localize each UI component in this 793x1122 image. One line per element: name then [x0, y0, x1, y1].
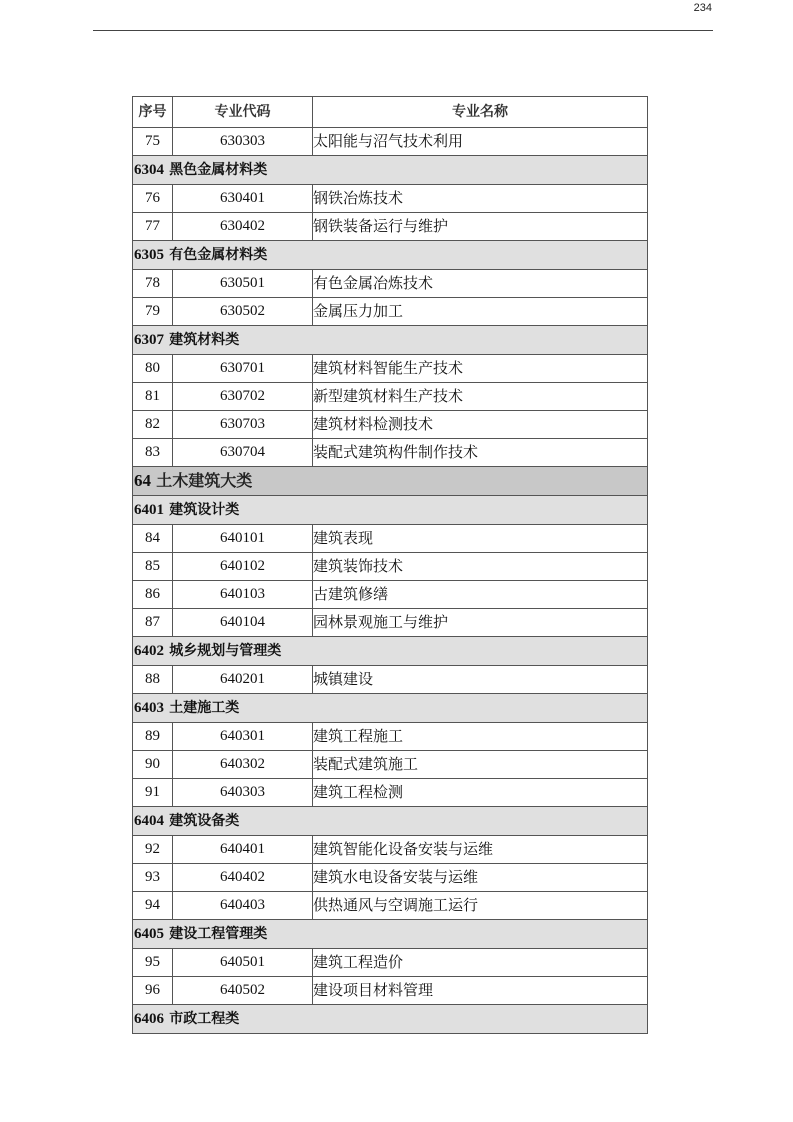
table-row: 90640302装配式建筑施工 — [133, 751, 648, 779]
row-seq: 82 — [133, 411, 173, 439]
row-seq: 96 — [133, 977, 173, 1005]
row-seq: 94 — [133, 892, 173, 920]
row-name: 建筑表现 — [313, 525, 648, 553]
row-seq: 90 — [133, 751, 173, 779]
row-code: 630402 — [173, 213, 313, 241]
row-seq: 79 — [133, 298, 173, 326]
row-code: 640201 — [173, 666, 313, 694]
category-name: 有色金属材料类 — [169, 247, 267, 263]
category-cell: 6304 黑色金属材料类 — [133, 156, 648, 185]
row-name: 金属压力加工 — [313, 298, 648, 326]
row-name: 建筑材料智能生产技术 — [313, 355, 648, 383]
table-row: 79630502金属压力加工 — [133, 298, 648, 326]
category-code: 6305 — [134, 247, 164, 263]
row-code: 640103 — [173, 581, 313, 609]
majors-table: 序号 专业代码 专业名称 75630303太阳能与沼气技术利用6304 黑色金属… — [132, 96, 648, 1034]
row-code: 630701 — [173, 355, 313, 383]
category-row: 6405 建设工程管理类 — [133, 920, 648, 949]
category-code: 6304 — [134, 162, 164, 178]
category-code: 6404 — [134, 813, 164, 829]
row-name: 建筑工程造价 — [313, 949, 648, 977]
table-row: 82630703建筑材料检测技术 — [133, 411, 648, 439]
row-seq: 91 — [133, 779, 173, 807]
row-name: 装配式建筑施工 — [313, 751, 648, 779]
row-code: 630703 — [173, 411, 313, 439]
header-code: 专业代码 — [173, 97, 313, 128]
category-cell: 6401 建筑设计类 — [133, 496, 648, 525]
row-seq: 86 — [133, 581, 173, 609]
table-row: 83630704装配式建筑构件制作技术 — [133, 439, 648, 467]
row-name: 建筑工程施工 — [313, 723, 648, 751]
category-name: 建筑设计类 — [169, 502, 239, 518]
row-code: 630502 — [173, 298, 313, 326]
table-row: 75630303太阳能与沼气技术利用 — [133, 128, 648, 156]
row-code: 630401 — [173, 185, 313, 213]
category-cell: 6404 建筑设备类 — [133, 807, 648, 836]
category-row: 6402 城乡规划与管理类 — [133, 637, 648, 666]
row-name: 城镇建设 — [313, 666, 648, 694]
row-name: 建设项目材料管理 — [313, 977, 648, 1005]
category-row: 6404 建筑设备类 — [133, 807, 648, 836]
row-seq: 92 — [133, 836, 173, 864]
row-seq: 83 — [133, 439, 173, 467]
category-cell: 6402 城乡规划与管理类 — [133, 637, 648, 666]
row-code: 640501 — [173, 949, 313, 977]
category-code: 6403 — [134, 700, 164, 716]
table-row: 92640401建筑智能化设备安装与运维 — [133, 836, 648, 864]
category-name: 黑色金属材料类 — [169, 162, 267, 178]
row-name: 建筑工程检测 — [313, 779, 648, 807]
category-cell: 6406 市政工程类 — [133, 1005, 648, 1034]
row-code: 640102 — [173, 553, 313, 581]
row-name: 建筑装饰技术 — [313, 553, 648, 581]
table-row: 86640103古建筑修缮 — [133, 581, 648, 609]
category-code: 6405 — [134, 926, 164, 942]
row-seq: 85 — [133, 553, 173, 581]
table-row: 94640403供热通风与空调施工运行 — [133, 892, 648, 920]
category-name: 建设工程管理类 — [169, 926, 267, 942]
row-code: 630704 — [173, 439, 313, 467]
row-name: 太阳能与沼气技术利用 — [313, 128, 648, 156]
row-seq: 75 — [133, 128, 173, 156]
row-code: 630501 — [173, 270, 313, 298]
category-name: 建筑材料类 — [169, 332, 239, 348]
table-row: 96640502建设项目材料管理 — [133, 977, 648, 1005]
category-name: 土建施工类 — [169, 700, 239, 716]
category-code: 6307 — [134, 332, 164, 348]
table-row: 85640102建筑装饰技术 — [133, 553, 648, 581]
category-name: 市政工程类 — [169, 1011, 239, 1027]
category-code: 64 — [134, 471, 151, 490]
header-seq: 序号 — [133, 97, 173, 128]
row-name: 建筑水电设备安装与运维 — [313, 864, 648, 892]
row-seq: 93 — [133, 864, 173, 892]
category-row: 6304 黑色金属材料类 — [133, 156, 648, 185]
row-code: 640101 — [173, 525, 313, 553]
row-code: 640301 — [173, 723, 313, 751]
table-header-row: 序号 专业代码 专业名称 — [133, 97, 648, 128]
category-code: 6402 — [134, 643, 164, 659]
header-rule — [93, 30, 713, 31]
category-code: 6406 — [134, 1011, 164, 1027]
major-category-row: 64 土木建筑大类 — [133, 467, 648, 496]
row-seq: 95 — [133, 949, 173, 977]
row-name: 园林景观施工与维护 — [313, 609, 648, 637]
row-code: 630702 — [173, 383, 313, 411]
row-name: 新型建筑材料生产技术 — [313, 383, 648, 411]
category-row: 6307 建筑材料类 — [133, 326, 648, 355]
row-code: 640502 — [173, 977, 313, 1005]
page-number: 234 — [694, 2, 712, 14]
category-name: 土木建筑大类 — [156, 471, 252, 490]
table-row: 95640501建筑工程造价 — [133, 949, 648, 977]
row-seq: 78 — [133, 270, 173, 298]
row-name: 装配式建筑构件制作技术 — [313, 439, 648, 467]
table-row: 78630501有色金属冶炼技术 — [133, 270, 648, 298]
row-code: 640303 — [173, 779, 313, 807]
table-row: 80630701建筑材料智能生产技术 — [133, 355, 648, 383]
row-name: 钢铁装备运行与维护 — [313, 213, 648, 241]
row-seq: 89 — [133, 723, 173, 751]
row-name: 供热通风与空调施工运行 — [313, 892, 648, 920]
table-row: 89640301建筑工程施工 — [133, 723, 648, 751]
category-name: 城乡规划与管理类 — [169, 643, 281, 659]
row-code: 630303 — [173, 128, 313, 156]
table-row: 81630702新型建筑材料生产技术 — [133, 383, 648, 411]
row-code: 640403 — [173, 892, 313, 920]
row-seq: 84 — [133, 525, 173, 553]
category-row: 6406 市政工程类 — [133, 1005, 648, 1034]
row-code: 640104 — [173, 609, 313, 637]
category-name: 建筑设备类 — [169, 813, 239, 829]
row-name: 有色金属冶炼技术 — [313, 270, 648, 298]
table-row: 77630402钢铁装备运行与维护 — [133, 213, 648, 241]
category-cell: 64 土木建筑大类 — [133, 467, 648, 496]
table-row: 87640104园林景观施工与维护 — [133, 609, 648, 637]
row-seq: 76 — [133, 185, 173, 213]
row-code: 640402 — [173, 864, 313, 892]
row-name: 建筑智能化设备安装与运维 — [313, 836, 648, 864]
category-row: 6305 有色金属材料类 — [133, 241, 648, 270]
category-cell: 6307 建筑材料类 — [133, 326, 648, 355]
table-row: 84640101建筑表现 — [133, 525, 648, 553]
table-row: 76630401钢铁冶炼技术 — [133, 185, 648, 213]
table-body: 75630303太阳能与沼气技术利用6304 黑色金属材料类76630401钢铁… — [133, 128, 648, 1034]
row-seq: 80 — [133, 355, 173, 383]
header-name: 专业名称 — [313, 97, 648, 128]
row-seq: 87 — [133, 609, 173, 637]
row-seq: 77 — [133, 213, 173, 241]
row-code: 640302 — [173, 751, 313, 779]
row-name: 钢铁冶炼技术 — [313, 185, 648, 213]
row-seq: 88 — [133, 666, 173, 694]
table-row: 88640201城镇建设 — [133, 666, 648, 694]
category-row: 6401 建筑设计类 — [133, 496, 648, 525]
table-row: 93640402建筑水电设备安装与运维 — [133, 864, 648, 892]
row-seq: 81 — [133, 383, 173, 411]
row-code: 640401 — [173, 836, 313, 864]
table-row: 91640303建筑工程检测 — [133, 779, 648, 807]
category-cell: 6305 有色金属材料类 — [133, 241, 648, 270]
category-cell: 6405 建设工程管理类 — [133, 920, 648, 949]
row-name: 古建筑修缮 — [313, 581, 648, 609]
row-name: 建筑材料检测技术 — [313, 411, 648, 439]
category-cell: 6403 土建施工类 — [133, 694, 648, 723]
category-row: 6403 土建施工类 — [133, 694, 648, 723]
category-code: 6401 — [134, 502, 164, 518]
